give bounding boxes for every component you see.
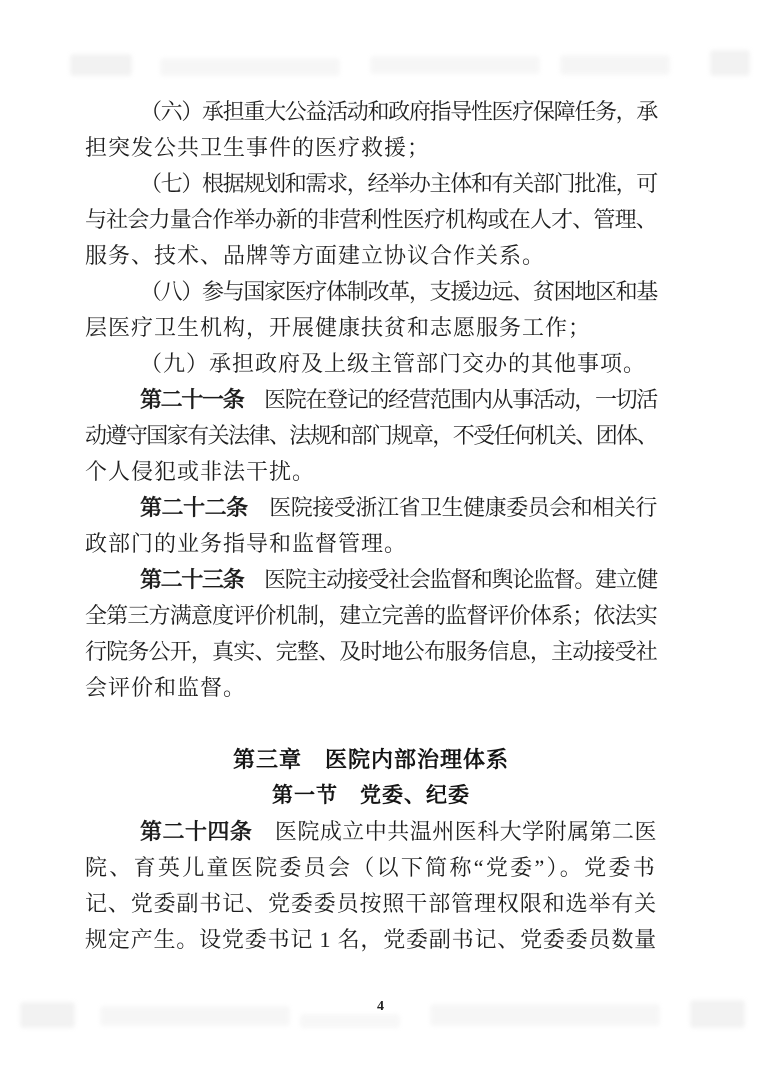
article-number: 第二十四条 (140, 819, 252, 844)
scan-artifact (300, 1014, 400, 1028)
line-text: 全第三方满意度评价机制，建立完善的监督评价体系；依法实 (85, 603, 657, 628)
chapter-heading: 第三章 医院内部治理体系 (85, 742, 657, 778)
text-line: 个人侵犯或非法干扰。 (85, 454, 657, 490)
text-line: 第二十一条 医院在登记的经营范围内从事活动，一切活 (85, 382, 657, 418)
text-line: 记、党委副书记、党委委员按照干部管理权限和选举有关 (85, 886, 657, 922)
article-number: 第二十二条 (140, 495, 248, 520)
section-heading: 第一节 党委、纪委 (85, 778, 657, 814)
scan-artifact (710, 50, 750, 76)
line-text: （八）参与国家医疗体制改革，支援边远、贫困地区和基 (140, 279, 657, 304)
text-line: （九）承担政府及上级主管部门交办的其他事项。 (85, 346, 657, 382)
line-text: （九）承担政府及上级主管部门交办的其他事项。 (140, 351, 646, 376)
text-line: 担突发公共卫生事件的医疗救援； (85, 130, 657, 166)
text-line: 服务、技术、品牌等方面建立协议合作关系。 (85, 238, 657, 274)
text-line: 政部门的业务指导和监督管理。 (85, 526, 657, 562)
line-text: 医院成立中共温州医科大学附属第二医 (252, 819, 657, 844)
line-text: 服务、技术、品牌等方面建立协议合作关系。 (85, 243, 545, 268)
blank-line (85, 706, 657, 742)
scan-artifact (370, 56, 540, 74)
text-line: 规定产生。设党委书记 1 名，党委副书记、党委委员数量 (85, 922, 657, 958)
line-text: 会评价和监督。 (85, 675, 246, 700)
scan-artifact (560, 55, 670, 75)
line-text: 第三章 医院内部治理体系 (233, 747, 509, 772)
line-text: 政部门的业务指导和监督管理。 (85, 531, 407, 556)
line-text: 记、党委副书记、党委委员按照干部管理权限和选举有关 (85, 891, 657, 916)
line-text: 层医疗卫生机构，开展健康扶贫和志愿服务工作； (85, 315, 591, 340)
line-text: 行院务公开，真实、完整、及时地公布服务信息，主动接受社 (85, 639, 657, 664)
line-text: 规定产生。设党委书记 1 名，党委副书记、党委委员数量 (85, 927, 657, 952)
page-number: 4 (0, 999, 761, 1015)
text-line: （八）参与国家医疗体制改革，支援边远、贫困地区和基 (85, 274, 657, 310)
text-line: 行院务公开，真实、完整、及时地公布服务信息，主动接受社 (85, 634, 657, 670)
text-line: 第二十二条 医院接受浙江省卫生健康委员会和相关行 (85, 490, 657, 526)
line-text: 医院主动接受社会监督和舆论监督。建立健 (243, 567, 657, 592)
document-page: （六）承担重大公益活动和政府指导性医疗保障任务，承担突发公共卫生事件的医疗救援；… (0, 0, 761, 1080)
line-text: （六）承担重大公益活动和政府指导性医疗保障任务，承 (140, 99, 657, 124)
line-text: 医院在登记的经营范围内从事活动，一切活 (243, 387, 657, 412)
text-line: （七）根据规划和需求，经举办主体和有关部门批准，可 (85, 166, 657, 202)
text-line: 全第三方满意度评价机制，建立完善的监督评价体系；依法实 (85, 598, 657, 634)
line-text: （七）根据规划和需求，经举办主体和有关部门批准，可 (140, 171, 657, 196)
text-line: 层医疗卫生机构，开展健康扶贫和志愿服务工作； (85, 310, 657, 346)
line-text: 个人侵犯或非法干扰。 (85, 459, 315, 484)
text-line: 第二十三条 医院主动接受社会监督和舆论监督。建立健 (85, 562, 657, 598)
article-number: 第二十一条 (140, 387, 243, 412)
line-text: 担突发公共卫生事件的医疗救援； (85, 135, 430, 160)
scan-artifact (160, 58, 340, 76)
text-line: 与社会力量合作举办新的非营利性医疗机构或在人才、管理、 (85, 202, 657, 238)
line-text: 医院接受浙江省卫生健康委员会和相关行 (248, 495, 657, 520)
line-text: 与社会力量合作举办新的非营利性医疗机构或在人才、管理、 (85, 207, 657, 232)
document-body: （六）承担重大公益活动和政府指导性医疗保障任务，承担突发公共卫生事件的医疗救援；… (85, 94, 657, 958)
scan-artifact (70, 54, 132, 76)
text-line: 动遵守国家有关法律、法规和部门规章，不受任何机关、团体、 (85, 418, 657, 454)
article-number: 第二十三条 (140, 567, 243, 592)
text-line: （六）承担重大公益活动和政府指导性医疗保障任务，承 (85, 94, 657, 130)
text-line: 第二十四条 医院成立中共温州医科大学附属第二医 (85, 814, 657, 850)
line-text: 院、育英儿童医院委员会（以下简称“党委”）。党委书 (85, 855, 657, 880)
text-line: 会评价和监督。 (85, 670, 657, 706)
text-line: 院、育英儿童医院委员会（以下简称“党委”）。党委书 (85, 850, 657, 886)
line-text: 第一节 党委、纪委 (272, 784, 470, 807)
line-text: 动遵守国家有关法律、法规和部门规章，不受任何机关、团体、 (85, 423, 657, 448)
